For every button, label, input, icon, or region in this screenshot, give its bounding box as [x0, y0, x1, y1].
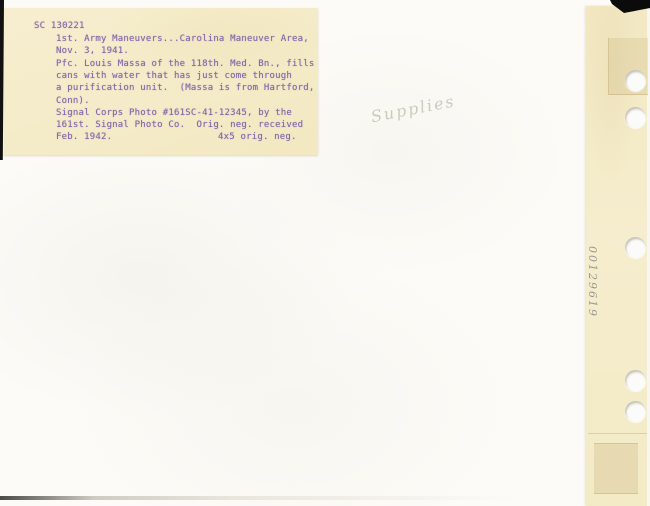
strip-stain-bottom — [594, 443, 638, 494]
caption-label: SC 130221 1st. Army Maneuvers...Carolina… — [4, 8, 318, 155]
punch-hole — [625, 107, 646, 128]
caption-line: Conn). — [56, 96, 90, 107]
credit-line: 161st. Signal Photo Co. Orig. neg. recei… — [56, 120, 303, 131]
caption-line: cans with water that has just come throu… — [56, 71, 292, 82]
strip-crease-line — [588, 433, 647, 434]
punch-hole — [625, 401, 646, 422]
caption-line: a purification unit. (Massa is from Hart… — [56, 83, 314, 94]
credit-line: Signal Corps Photo #161SC-41-12345, by t… — [56, 108, 292, 119]
punch-hole — [625, 370, 646, 391]
date-received: Feb. 1942. — [56, 132, 112, 143]
punch-hole — [625, 70, 646, 91]
scan-edge-bottom — [0, 496, 520, 500]
negative-format-note: 4x5 orig. neg. — [218, 132, 297, 143]
photo-id: SC 130221 — [34, 21, 85, 32]
caption-line: Pfc. Louis Massa of the 118th. Med. Bn.,… — [56, 59, 314, 70]
caption-line: Nov. 3, 1941. — [56, 46, 129, 57]
scanned-photo-verso: SC 130221 1st. Army Maneuvers...Carolina… — [0, 0, 650, 506]
punch-hole — [625, 237, 646, 258]
handwritten-accession-number: 00129619 — [584, 246, 599, 352]
caption-line: 1st. Army Maneuvers...Carolina Maneuver … — [56, 34, 309, 45]
